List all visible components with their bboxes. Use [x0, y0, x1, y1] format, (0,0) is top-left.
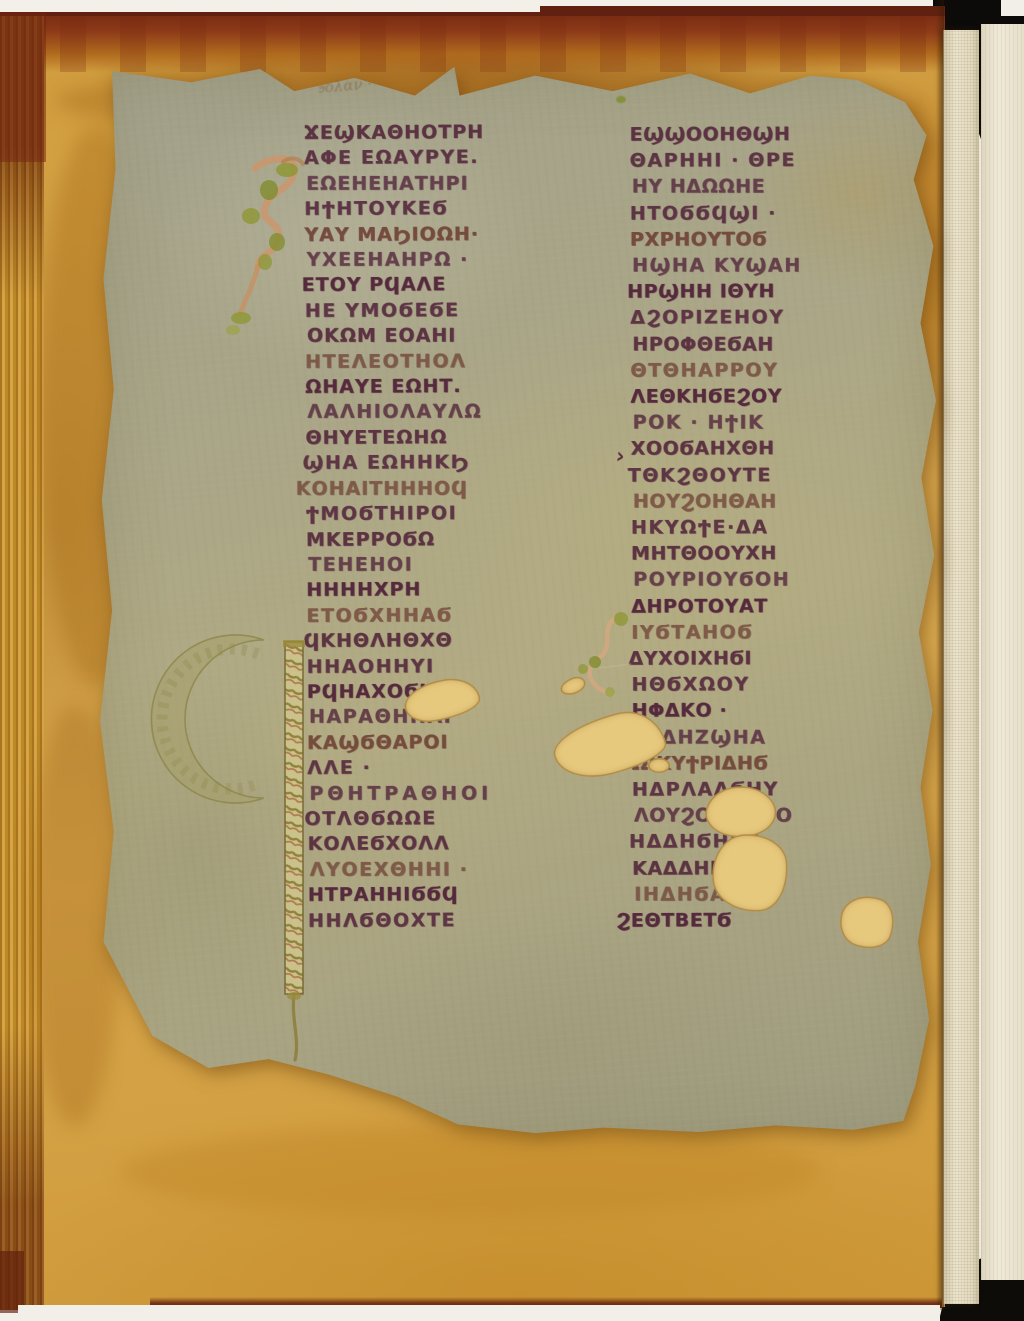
- interlace-border-bar-icon: [278, 638, 320, 1068]
- pigment-fleck: [616, 96, 626, 103]
- facing-page-guard-strip: [943, 30, 979, 1304]
- mount-stain: [120, 1126, 820, 1216]
- manuscript-text-line: ΗΦΔΚΟ ·: [632, 697, 932, 724]
- manuscript-text-line: ΗΤΟϬϬϤϢΙ ·: [630, 199, 930, 226]
- bird-foliate-initial-icon: [225, 150, 320, 345]
- manuscript-text-line: ΔϨΟΡΙΖΕΗΟΥ: [630, 304, 930, 331]
- manuscript-text-line: ΗΡϢΗΗ ΙΘΥΗ: [627, 278, 927, 305]
- page-stack-edges: [0, 16, 44, 1310]
- text-column-left: ϪΕϢΚΑΘΗΟΤΡΗΑΦΕ ΕΩΑΥΡΥΕ.ΕΩΕΗΕΗΑΤΗΡΙΗϮΗΤΟΥ…: [304, 119, 620, 934]
- manuscript-text-line: ΗΔΡΛΑΔϬΗΥ: [632, 776, 932, 803]
- manuscript-text-line: ΗΗΛϬΘΟΧΤΕ: [308, 907, 620, 934]
- mount-stain: [40, 126, 150, 686]
- manuscript-text-line: ΕΤΟΥ ΡϤΑΛΕ: [302, 272, 614, 299]
- manuscript-text-line: ΛΟΥϨΟΗΟΥΗΟ: [634, 803, 934, 829]
- manuscript-text-line: ΗΟΥϨΟΗΘΑΗ: [633, 488, 933, 514]
- manuscript-text-line: ΗΤΡΑΗΗΙϬϬϤ: [308, 881, 620, 908]
- gutter-shadow: [936, 0, 944, 1310]
- crescent-C-initial-icon: [112, 624, 302, 814]
- manuscript-text-line: ΗΤΕΛΕΟΤΗΟΛ: [305, 348, 617, 375]
- manuscript-text-line: ΗϢΗΑ ΚΥϢΑΗ: [632, 253, 932, 279]
- manuscript-text-line: ΡΧΡΗΟΥΤΟϬ: [630, 225, 930, 252]
- manuscript-text-line: ΘΗΥΕΤΕΩΗΩ: [305, 424, 617, 451]
- manuscript-text-line: ΡΘΗΤΡΑΘΗΟΙ: [309, 781, 621, 807]
- manuscript-text-line: ΤΘΚϨΘΟΥΤΕ: [628, 461, 928, 488]
- scanbed-bottom: [18, 1305, 940, 1321]
- manuscript-text-line: ΜΚΕΡΡΟϬΩ: [306, 526, 618, 553]
- page-stack-tint-top: [0, 12, 46, 162]
- manuscript-text-line: ΔΗΡΟΤΟΥΑΤ: [631, 592, 931, 619]
- manuscript-photo-scene: ϧoλαν ·: [0, 0, 1024, 1321]
- page-stack-tint-bottom: [0, 1251, 24, 1313]
- manuscript-text-line: ϪΕϢΚΑΘΗΟΤΡΗ: [304, 119, 616, 146]
- manuscript-text-line: ΥΑΥ ΜΑϦΙΟΩΗ·: [304, 221, 616, 248]
- manuscript-text-line: ΗΕ ΥΜΟϬΕϬΕ: [305, 297, 617, 324]
- manuscript-text-line: ΡΟΚ · ΗϮΙΚ: [633, 410, 933, 436]
- mount-stain: [30, 706, 120, 1126]
- manuscript-text-line: ΗΘϬΧΩΟΥ: [632, 671, 932, 698]
- manuscript-text-line: ϮΜΟϬΤΗΙΡΟΙ: [306, 500, 618, 527]
- manuscript-text-line: ΗΚΥΩϮΕ·ΔΑ: [631, 514, 931, 541]
- manuscript-text-line: ΑΦΕ ΕΩΑΥΡΥΕ.: [304, 145, 616, 172]
- manuscript-text-line: ΕϢϢΟΟΗΘϢΗ: [630, 120, 930, 147]
- manuscript-text-line: ΡΟΥΡΙΟΥϬΟΗ: [633, 567, 933, 593]
- manuscript-text-line: ΩΙΚΥϮΡΙΔΗϬ: [632, 749, 932, 776]
- manuscript-text-line: ΚΟΛΕϬΧΟΛΛ: [308, 831, 620, 858]
- text-column-right: ΕϢϢΟΟΗΘϢΗΘΑΡΗΗΙ · ΘΡΕΗΥ ΗΔΩΩΗΕΗΤΟϬϬϤϢΙ ·…: [630, 120, 933, 933]
- manuscript-text-line: ΟΤΛΘϬΩΩΕ: [304, 805, 616, 832]
- manuscript-text-line: ΗΥ ΗΔΩΩΗΕ: [632, 174, 932, 200]
- manuscript-text-line: ΘΑΡΗΗΙ · ΘΡΕ: [630, 147, 930, 174]
- manuscript-text-line: ΗΔΗΖϢΗΑ: [644, 724, 934, 750]
- manuscript-text-line: ΔΥΧΟΙΧΗϬΙ: [628, 645, 928, 672]
- manuscript-text-line: ΚΟΗΑΙΤΗΗΗΟϤ: [296, 476, 620, 502]
- scanbed-corner: [1001, 0, 1024, 16]
- manuscript-text-line: ΟΚΩΜ ΕΟΑΗΙ: [307, 324, 619, 350]
- damage-hole: [648, 758, 670, 773]
- manuscript-text-line: ΛΕΘΚΗϬΕϨΟΥ: [630, 383, 930, 410]
- manuscript-text-line: ΩΗΑΥΕ ΕΩΗΤ.: [305, 373, 617, 400]
- manuscript-text-line: ΘΤΘΗΑΡΡΟΥ: [630, 356, 930, 383]
- facing-page-edge-outer: [981, 24, 1024, 1280]
- manuscript-text-line: ΕΩΕΗΕΗΑΤΗΡΙ: [306, 171, 618, 197]
- manuscript-text-line: ϢΗΑ ΕΩΗΗΚϦ: [303, 449, 615, 476]
- manuscript-text-line: ΤΕΗΕΗΟΙ: [308, 552, 620, 578]
- manuscript-text-line: ΗϮΗΤΟΥΚΕϬ: [304, 195, 616, 222]
- manuscript-text-line: ΧΟΟϬΑΗΧΘΗ: [631, 435, 931, 462]
- manuscript-text-line: ΜΗΤΘΟΟΥΧΗ: [631, 540, 931, 567]
- manuscript-text-line: ΛΑΛΗΙΟΛΑΥΛΩ: [307, 400, 619, 426]
- manuscript-text-line: ΛΥΟΕΧΘΗΗΙ ·: [310, 857, 622, 883]
- manuscript-text-line: ΗΡΟΦΘΕϬΑΗ: [632, 331, 932, 357]
- manuscript-text-line: ΥΧΕΕΗΑΗΡΩ ·: [307, 248, 619, 274]
- manuscript-text-line: ΗΗΗΗΧΡΗ: [306, 576, 618, 603]
- scanbed-top-sliver: [0, 6, 540, 12]
- manuscript-text-line: ΙΥϬΤΑΗΟϬ: [631, 618, 931, 645]
